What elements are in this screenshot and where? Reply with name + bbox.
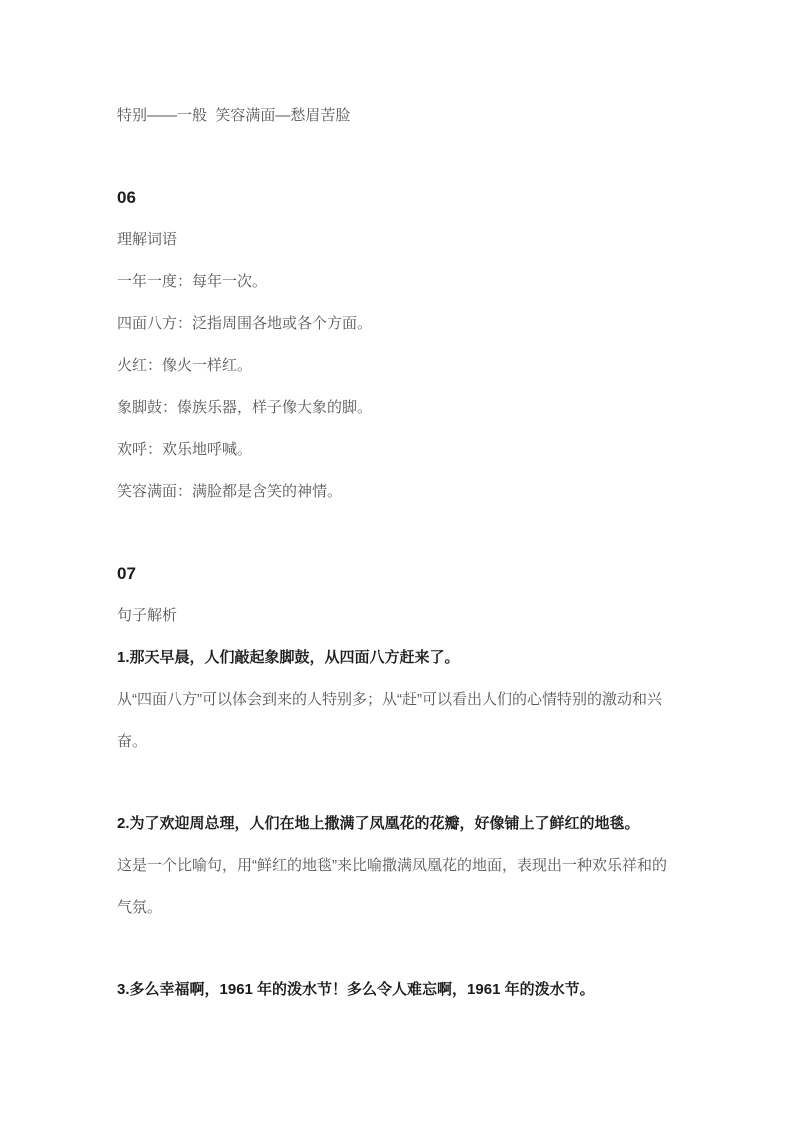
section-title-sentence-analysis: 句子解析 [117, 595, 679, 637]
analyzed-sentence-3: 3.多么幸福啊，1961 年的泼水节！多么令人难忘啊，1961 年的泼水节。 [117, 969, 679, 1011]
sentence-analysis-2: 这是一个比喻句，用“鲜红的地毯”来比喻撒满凤凰花的地面，表现出一种欢乐祥和的气氛… [117, 845, 679, 929]
document-page: 特别——一般 笑容满面—愁眉苦脸 06 理解词语 一年一度：每年一次。 四面八方… [0, 0, 793, 1122]
definition-item: 象脚鼓：傣族乐器，样子像大象的脚。 [117, 387, 679, 429]
definition-item: 欢呼：欢乐地呼喊。 [117, 429, 679, 471]
definition-item: 一年一度：每年一次。 [117, 261, 679, 303]
definition-item: 火红：像火一样红。 [117, 345, 679, 387]
definition-item: 笑容满面：满脸都是含笑的神情。 [117, 471, 679, 513]
analyzed-sentence-1: 1.那天早晨，人们敲起象脚鼓，从四面八方赶来了。 [117, 637, 679, 679]
section-title-understand-words: 理解词语 [117, 219, 679, 261]
sentence-analysis-1: 从“四面八方”可以体会到来的人特别多；从“赶”可以看出人们的心情特别的激动和兴奋… [117, 679, 679, 763]
analyzed-sentence-2: 2.为了欢迎周总理，人们在地上撒满了凤凰花的花瓣，好像铺上了鲜红的地毯。 [117, 803, 679, 845]
definition-item: 四面八方：泛指周围各地或各个方面。 [117, 303, 679, 345]
section-number-06: 06 [117, 177, 679, 219]
antonym-pairs-line: 特别——一般 笑容满面—愁眉苦脸 [117, 95, 679, 137]
section-number-07: 07 [117, 553, 679, 595]
